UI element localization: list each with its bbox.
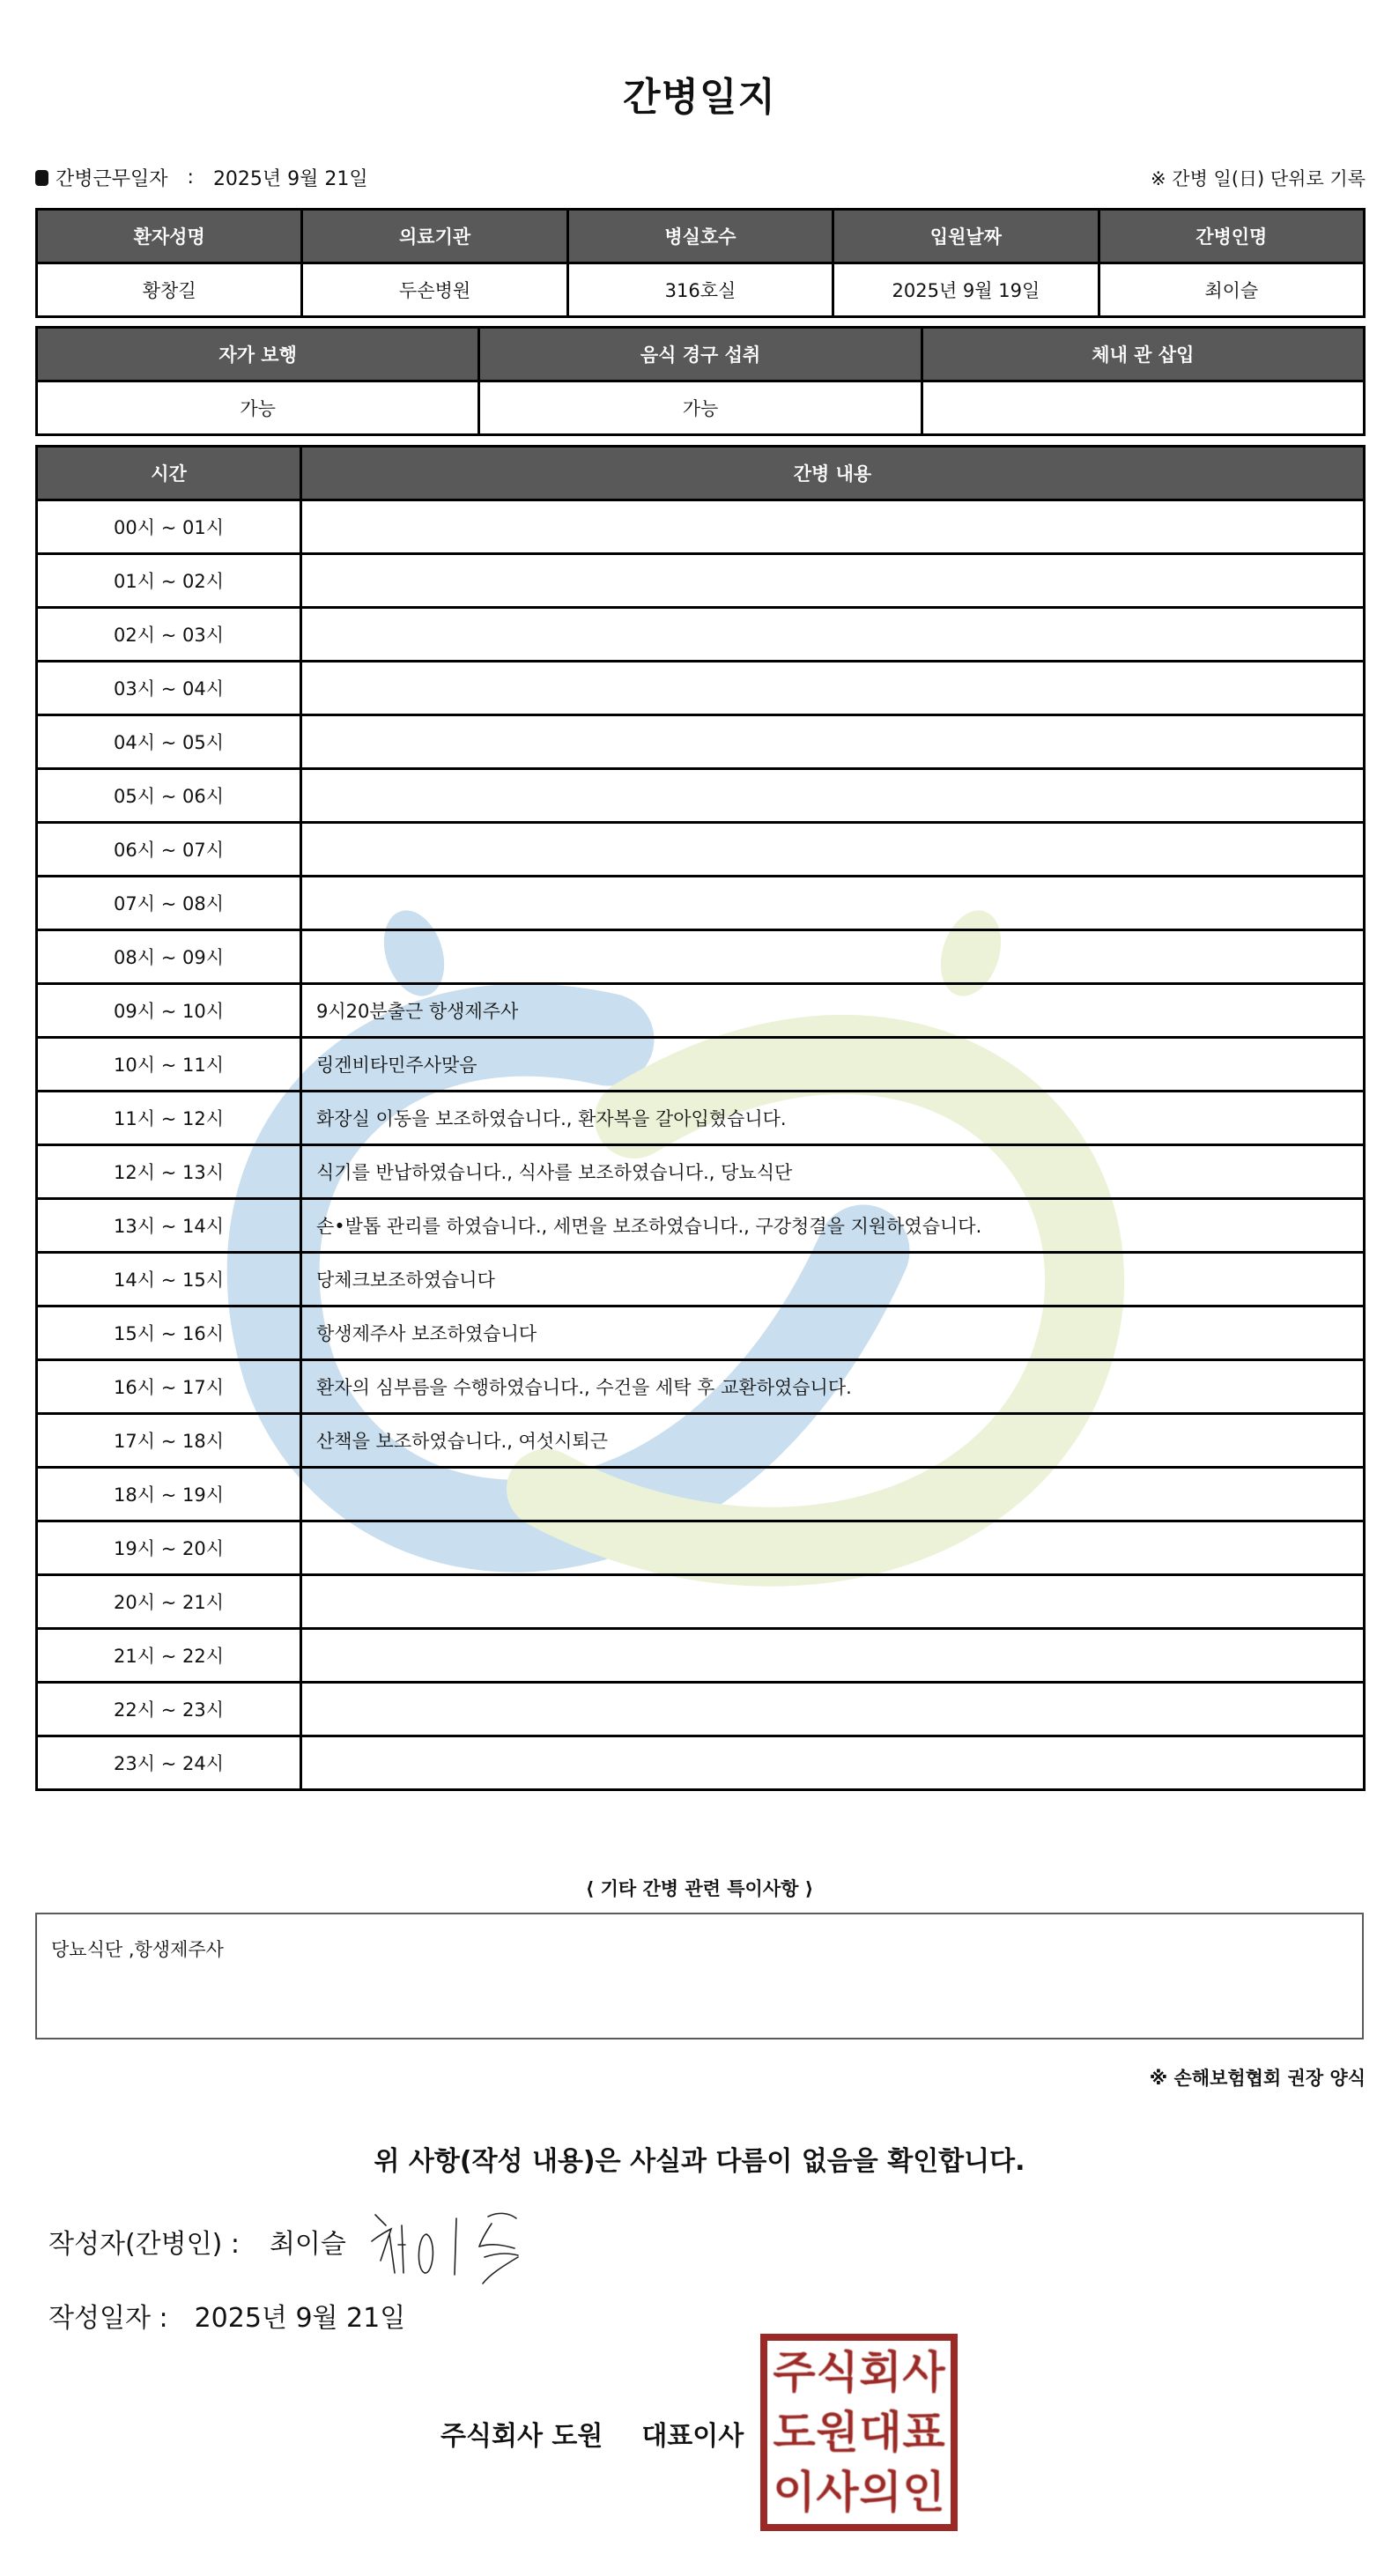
work-date-line: 간병근무일자 : 2025년 9월 21일 [35,164,368,191]
room: 316호실 [567,263,833,317]
care-content [301,1521,1365,1575]
care-content [301,500,1365,554]
care-content: 식기를 반납하였습니다., 식사를 보조하였습니다., 당뇨식단 [301,1145,1365,1199]
time-slot: 19시 ~ 20시 [37,1521,301,1575]
seal-char: 이 [773,2462,816,2522]
care-content [301,823,1365,877]
table-row: 11시 ~ 12시화장실 이동을 보조하였습니다., 환자복을 갈아입혔습니다. [37,1092,1365,1145]
care-content: 당체크보조하였습니다 [301,1253,1365,1307]
table-row: 20시 ~ 21시 [37,1575,1365,1629]
table-row: 08시 ~ 09시 [37,930,1365,984]
seal-char: 주 [773,2343,816,2402]
notes-text: 당뇨식단 ,항생제주사 [51,1936,224,1962]
header-tube-insertion: 체내 관 삽입 [922,328,1364,381]
seal-char: 사 [902,2343,945,2402]
oral-intake: 가능 [479,381,922,435]
writer-label: 작성자(간병인) : [48,2222,240,2261]
header-patient-name: 환자성명 [37,210,302,263]
seal-char: 도 [773,2402,816,2462]
table-row: 18시 ~ 19시 [37,1468,1365,1521]
care-content [301,1468,1365,1521]
written-date-label: 작성일자 : [48,2296,168,2335]
table-row: 06시 ~ 07시 [37,823,1365,877]
care-content: 9시20분출근 항생제주사 [301,984,1365,1038]
status-header-row: 자가 보행 음식 경구 섭취 체내 관 삽입 [37,328,1365,381]
patient-name: 황창길 [37,263,302,317]
patient-info-table: 환자성명 의료기관 병실호수 입원날짜 간병인명 황창길 두손병원 316호실 … [35,208,1366,318]
patient-info-value-row: 황창길 두손병원 316호실 2025년 9월 19일 최이슬 [37,263,1365,317]
table-row: 10시 ~ 11시링겐비타민주사맞음 [37,1038,1365,1092]
seal-char: 회 [859,2343,902,2402]
seal-char: 식 [816,2343,859,2402]
time-slot: 00시 ~ 01시 [37,500,301,554]
time-slot: 20시 ~ 21시 [37,1575,301,1629]
care-content [301,1683,1365,1736]
writer-line: 작성자(간병인) : 최이슬 [48,2222,346,2261]
confirmation-statement: 위 사항(작성 내용)은 사실과 다름이 없음을 확인합니다. [0,2139,1399,2178]
company-name: 주식회사 도원 [440,2414,603,2453]
work-date-value: 2025년 9월 21일 [213,164,368,191]
table-row: 14시 ~ 15시당체크보조하였습니다 [37,1253,1365,1307]
care-content [301,608,1365,662]
care-content [301,1575,1365,1629]
time-slot: 17시 ~ 18시 [37,1414,301,1468]
header-care-content: 간병 내용 [301,447,1365,500]
header-caregiver-name: 간병인명 [1099,210,1364,263]
seal-char: 의 [859,2462,902,2522]
table-row: 09시 ~ 10시9시20분출근 항생제주사 [37,984,1365,1038]
time-slot: 23시 ~ 24시 [37,1736,301,1790]
care-content [301,554,1365,608]
header-admission-date: 입원날짜 [833,210,1099,263]
table-row: 03시 ~ 04시 [37,662,1365,715]
association-note: ※ 손해보험협회 권장 양식 [1150,2064,1366,2091]
unit-note: ※ 간병 일(日) 단위로 기록 [1151,165,1366,191]
status-table: 자가 보행 음식 경구 섭취 체내 관 삽입 가능 가능 [35,326,1366,436]
table-row: 23시 ~ 24시 [37,1736,1365,1790]
care-content: 환자의 심부름을 수행하였습니다., 수건을 세탁 후 교환하였습니다. [301,1360,1365,1414]
self-walking: 가능 [37,381,479,435]
care-content [301,715,1365,769]
table-row: 17시 ~ 18시산책을 보조하였습니다., 여섯시퇴근 [37,1414,1365,1468]
care-content: 산책을 보조하였습니다., 여섯시퇴근 [301,1414,1365,1468]
table-row: 22시 ~ 23시 [37,1683,1365,1736]
care-content: 링겐비타민주사맞음 [301,1038,1365,1092]
time-slot: 05시 ~ 06시 [37,769,301,823]
work-date-separator: : [188,167,194,189]
time-slot: 12시 ~ 13시 [37,1145,301,1199]
writer-name: 최이슬 [270,2222,346,2261]
care-content: 화장실 이동을 보조하였습니다., 환자복을 갈아입혔습니다. [301,1092,1365,1145]
table-row: 15시 ~ 16시항생제주사 보조하였습니다 [37,1307,1365,1360]
admission-date: 2025년 9월 19일 [833,263,1099,317]
seal-char: 표 [902,2402,945,2462]
care-log-body: 00시 ~ 01시01시 ~ 02시02시 ~ 03시03시 ~ 04시04시 … [37,500,1365,1790]
time-slot: 22시 ~ 23시 [37,1683,301,1736]
time-slot: 09시 ~ 10시 [37,984,301,1038]
time-slot: 11시 ~ 12시 [37,1092,301,1145]
time-slot: 10시 ~ 11시 [37,1038,301,1092]
care-log-table: 시간 간병 내용 00시 ~ 01시01시 ~ 02시02시 ~ 03시03시 … [35,445,1366,1791]
time-slot: 04시 ~ 05시 [37,715,301,769]
caregiver-name: 최이슬 [1099,263,1364,317]
table-row: 05시 ~ 06시 [37,769,1365,823]
care-content: 항생제주사 보조하였습니다 [301,1307,1365,1360]
care-content [301,1736,1365,1790]
seal-char: 인 [902,2462,945,2522]
time-slot: 18시 ~ 19시 [37,1468,301,1521]
table-row: 21시 ~ 22시 [37,1629,1365,1683]
time-slot: 08시 ~ 09시 [37,930,301,984]
care-content [301,769,1365,823]
time-slot: 07시 ~ 08시 [37,877,301,930]
representative-title: 대표이사 [641,2414,744,2453]
care-content [301,1629,1365,1683]
company-seal-stamp: 주식회사도원대표이사의인 [760,2334,958,2531]
care-content [301,930,1365,984]
table-row: 00시 ~ 01시 [37,500,1365,554]
written-date-line: 작성일자 : 2025년 9월 21일 [48,2296,405,2335]
patient-info-header-row: 환자성명 의료기관 병실호수 입원날짜 간병인명 [37,210,1365,263]
status-value-row: 가능 가능 [37,381,1365,435]
time-slot: 21시 ~ 22시 [37,1629,301,1683]
hospital: 두손병원 [302,263,567,317]
header-self-walking: 자가 보행 [37,328,479,381]
table-row: 16시 ~ 17시환자의 심부름을 수행하였습니다., 수건을 세탁 후 교환하… [37,1360,1365,1414]
time-slot: 01시 ~ 02시 [37,554,301,608]
notes-label: ⟨ 기타 간병 관련 특이사항 ⟩ [0,1875,1399,1901]
table-row: 01시 ~ 02시 [37,554,1365,608]
table-row: 04시 ~ 05시 [37,715,1365,769]
work-date-label: 간병근무일자 [56,164,168,191]
time-slot: 16시 ~ 17시 [37,1360,301,1414]
seal-char: 원 [816,2402,859,2462]
time-slot: 14시 ~ 15시 [37,1253,301,1307]
seal-char: 대 [859,2402,902,2462]
tube-insertion [922,381,1364,435]
care-content: 손•발톱 관리를 하였습니다., 세면을 보조하였습니다., 구강청결을 지원하… [301,1199,1365,1253]
header-room: 병실호수 [567,210,833,263]
seal-char: 사 [816,2462,859,2522]
table-row: 13시 ~ 14시손•발톱 관리를 하였습니다., 세면을 보조하였습니다., … [37,1199,1365,1253]
header-hospital: 의료기관 [302,210,567,263]
table-row: 12시 ~ 13시식기를 반납하였습니다., 식사를 보조하였습니다., 당뇨식… [37,1145,1365,1199]
header-oral-intake: 음식 경구 섭취 [479,328,922,381]
table-row: 02시 ~ 03시 [37,608,1365,662]
care-content [301,662,1365,715]
seal-characters: 주식회사도원대표이사의인 [773,2343,945,2522]
time-slot: 13시 ~ 14시 [37,1199,301,1253]
time-slot: 03시 ~ 04시 [37,662,301,715]
notes-box: 당뇨식단 ,항생제주사 [35,1913,1364,2039]
table-row: 07시 ~ 08시 [37,877,1365,930]
time-slot: 15시 ~ 16시 [37,1307,301,1360]
time-slot: 02시 ~ 03시 [37,608,301,662]
written-date-value: 2025년 9월 21일 [195,2296,406,2335]
bullet-square-icon [35,170,48,186]
care-log-header-row: 시간 간병 내용 [37,447,1365,500]
company-line: 주식회사 도원 대표이사 [440,2414,744,2453]
care-content [301,877,1365,930]
table-row: 19시 ~ 20시 [37,1521,1365,1575]
signature-icon [368,2199,527,2287]
page-title: 간병일지 [0,65,1399,122]
time-slot: 06시 ~ 07시 [37,823,301,877]
header-time: 시간 [37,447,301,500]
